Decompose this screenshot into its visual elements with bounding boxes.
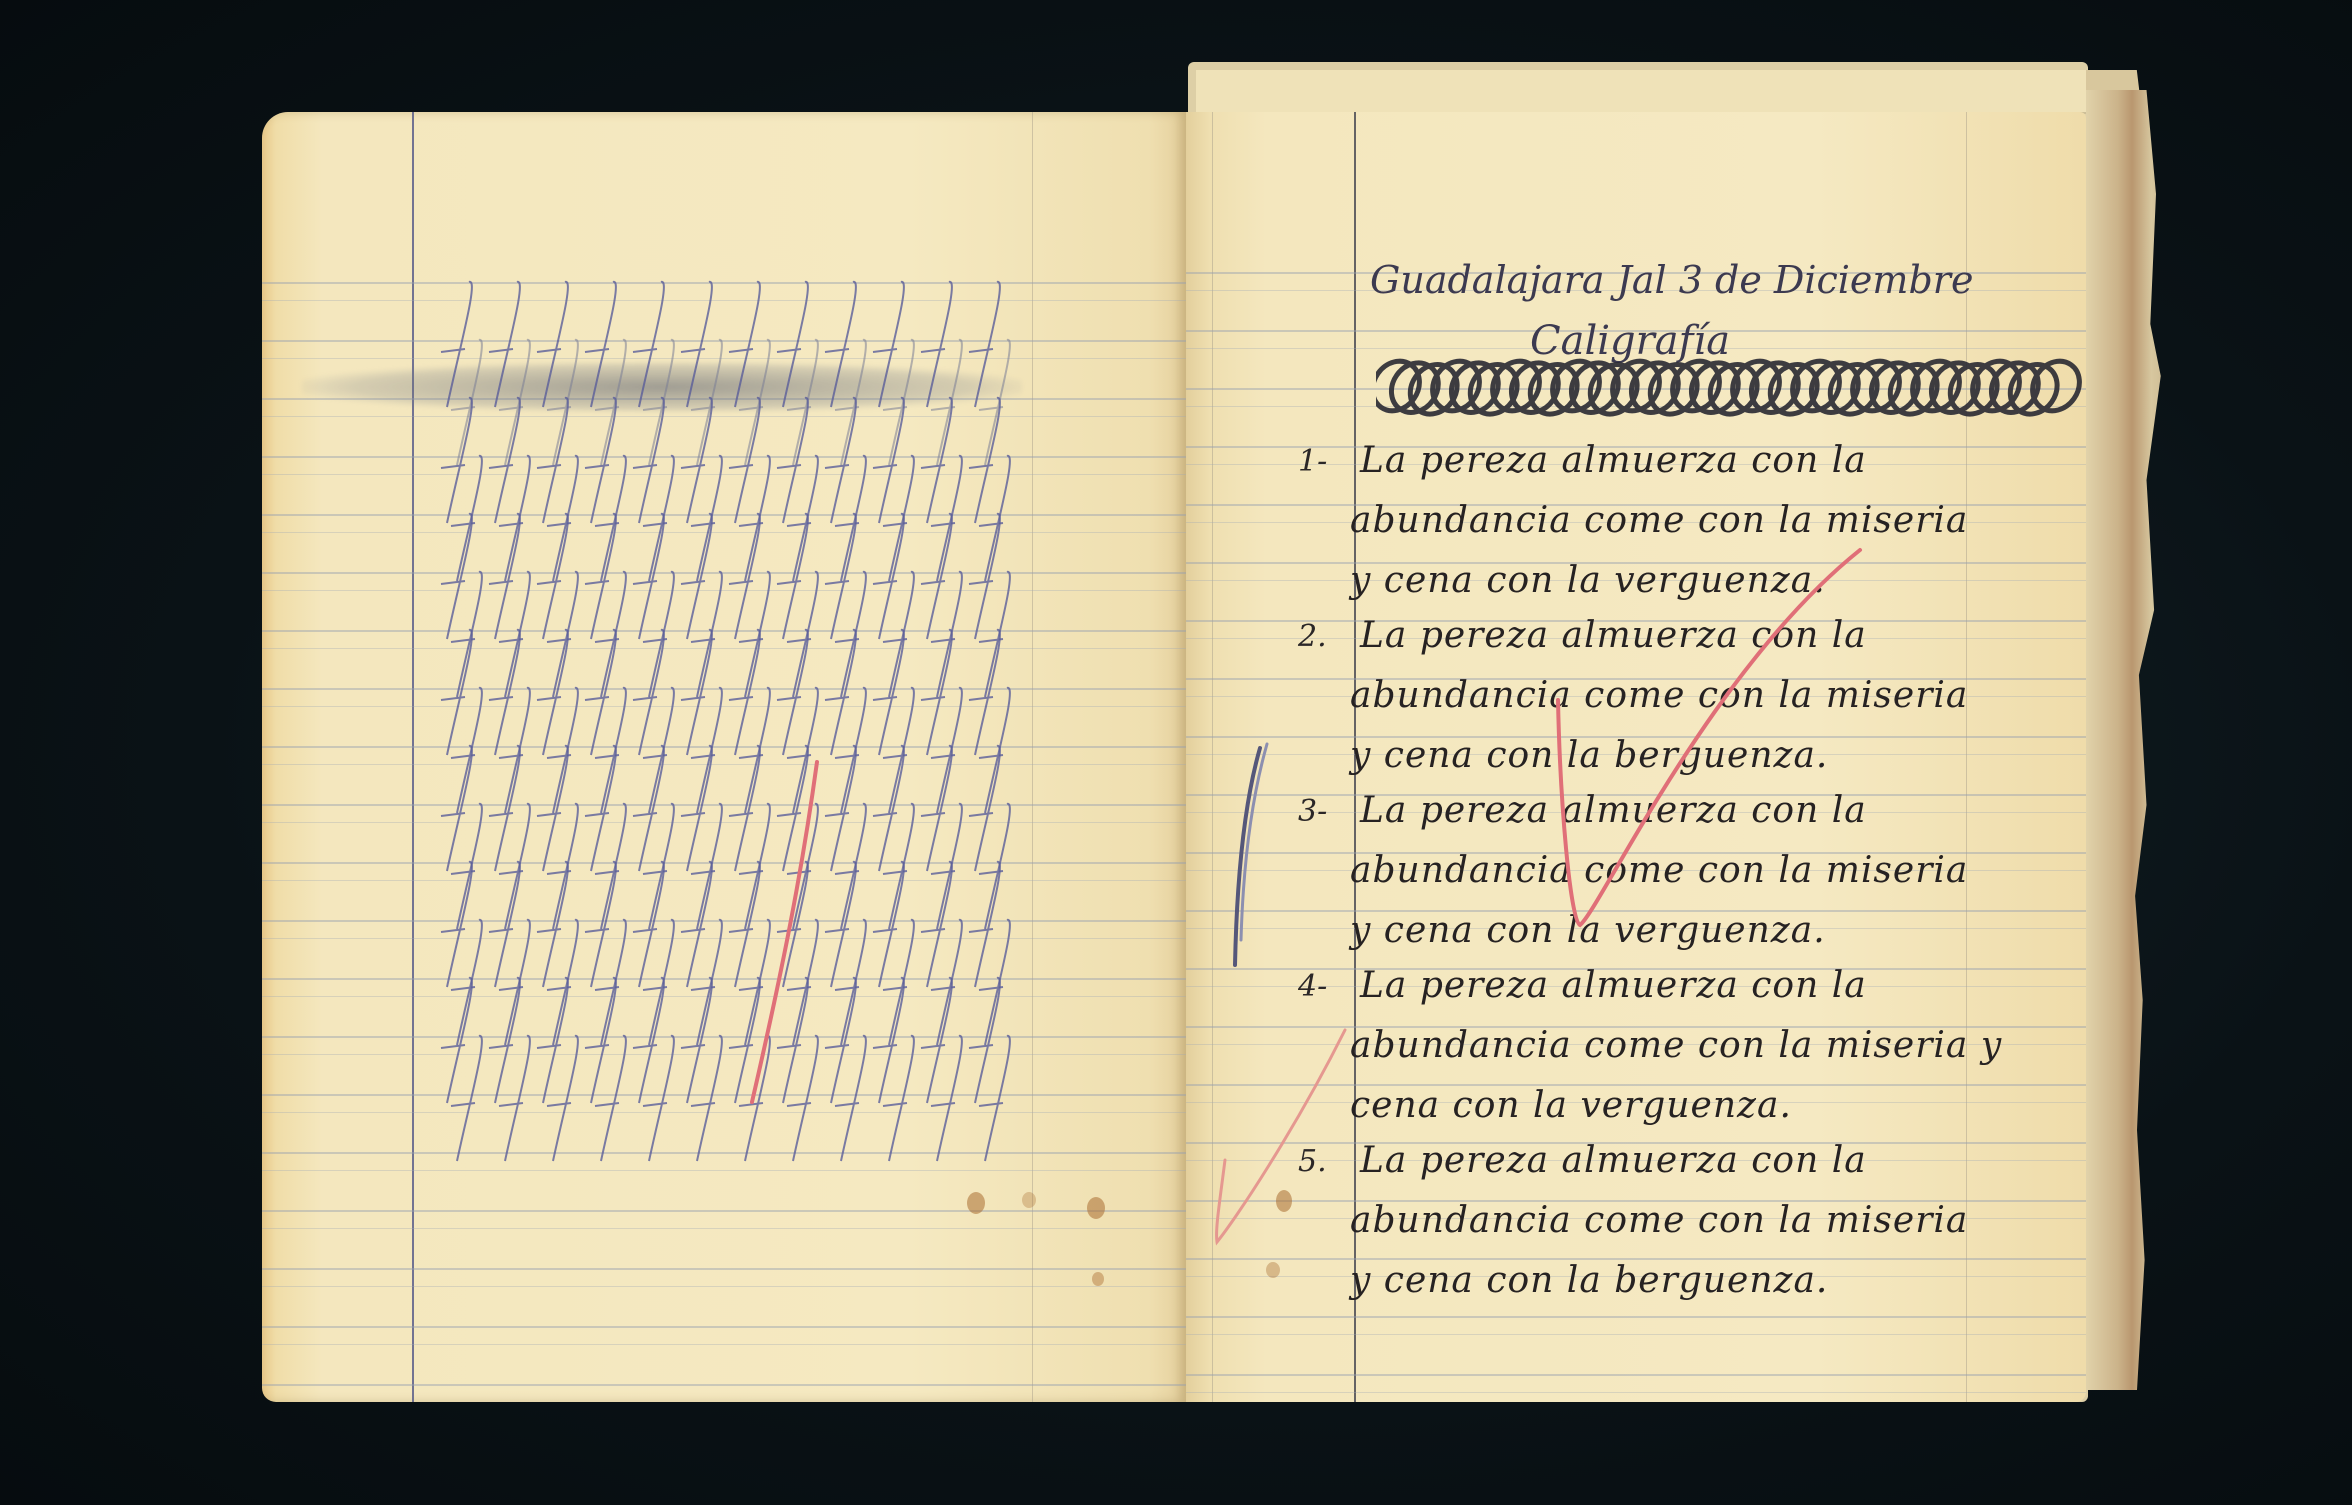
entry-line: abundancia come con la miseria y xyxy=(1350,1025,2002,1066)
left-page xyxy=(262,112,1186,1402)
ink-stain xyxy=(1022,1192,1036,1208)
entry-number: 4- xyxy=(1298,969,1327,1004)
ink-stain xyxy=(967,1192,985,1214)
scribbled-out-line xyxy=(1376,350,2086,420)
ruled-line xyxy=(1186,1334,2086,1335)
red-check-mark-icon xyxy=(1540,540,1880,940)
entry-line: y cena con la berguenza. xyxy=(1350,1260,1828,1301)
entry-number: 3- xyxy=(1298,794,1327,829)
red-check-mark-icon xyxy=(722,732,842,1112)
entry-line: cena con la verguenza. xyxy=(1350,1085,1792,1126)
entry-line: La pereza almuerza con la xyxy=(1360,965,1867,1006)
ruled-line xyxy=(1186,1392,2086,1393)
ink-stain xyxy=(1092,1272,1104,1286)
entry-line: abundancia come con la miseria xyxy=(1350,1200,1968,1241)
entry-line: La pereza almuerza con la xyxy=(1360,1140,1867,1181)
page-top-edge xyxy=(1196,70,2086,114)
ruled-line xyxy=(1186,1374,2086,1376)
entry-line: abundancia come con la miseria xyxy=(1350,500,1968,541)
ink-stain xyxy=(1087,1197,1105,1219)
date-header: Guadalajara Jal 3 de Diciembre xyxy=(1370,258,1973,302)
entry-number: 1- xyxy=(1298,444,1327,479)
entry-number: 2. xyxy=(1298,619,1327,654)
ruled-line xyxy=(1186,1316,2086,1318)
red-check-mark-icon xyxy=(1205,1020,1355,1250)
ink-stain xyxy=(1266,1262,1280,1278)
pencil-stroke-mark xyxy=(1215,740,1275,980)
entry-line: La pereza almuerza con la xyxy=(1360,440,1867,481)
